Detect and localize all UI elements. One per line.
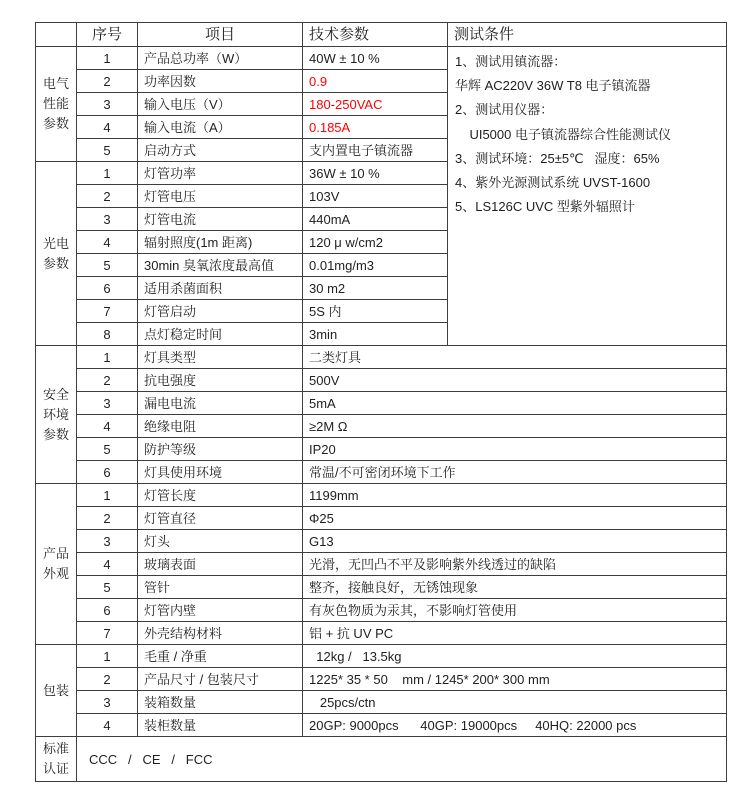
row-number-cell: 8: [77, 323, 138, 346]
row-number-cell: 3: [77, 530, 138, 553]
header-param: 技术参数: [303, 23, 448, 47]
row-number-cell: 4: [77, 116, 138, 139]
row-number-cell: 6: [77, 599, 138, 622]
value-cell: 36W ± 10 %: [303, 162, 448, 185]
item-cell: 漏电电流: [138, 392, 303, 415]
table-row: 2 灯管直径 Φ25: [36, 507, 727, 530]
value-cell: 5S 内: [303, 300, 448, 323]
row-number-cell: 5: [77, 254, 138, 277]
item-cell: 抗电强度: [138, 369, 303, 392]
category-cell-appearance: 产品 外观: [36, 484, 77, 645]
value-cell: 1225* 35 * 50 mm / 1245* 200* 300 mm: [303, 668, 727, 691]
row-number-cell: 6: [77, 461, 138, 484]
value-cell: 常温/不可密闭环境下工作: [303, 461, 727, 484]
table-row: 6 灯具使用环境 常温/不可密闭环境下工作: [36, 461, 727, 484]
row-number-cell: 1: [77, 162, 138, 185]
table-row: 产品 外观 1 灯管长度 1199mm: [36, 484, 727, 507]
item-cell: 灯管电流: [138, 208, 303, 231]
table-row: 电气 性能 参数 1 产品总功率（W） 40W ± 10 % 1、测试用镇流器：…: [36, 47, 727, 70]
item-cell: 灯具类型: [138, 346, 303, 369]
category-cell-packaging: 包装: [36, 645, 77, 737]
item-cell: 辐射照度(1m 距离): [138, 231, 303, 254]
spec-sheet: 序号 项目 技术参数 测试条件 电气 性能 参数 1 产品总功率（W） 40W …: [0, 0, 750, 808]
item-cell: 点灯稳定时间: [138, 323, 303, 346]
value-cell: 12kg / 13.5kg: [303, 645, 727, 668]
value-cell: 光滑，无凹凸不平及影响紫外线透过的缺陷: [303, 553, 727, 576]
value-cell: 3min: [303, 323, 448, 346]
row-number-cell: 4: [77, 553, 138, 576]
item-cell: 输入电压（V）: [138, 93, 303, 116]
spec-table: 序号 项目 技术参数 测试条件 电气 性能 参数 1 产品总功率（W） 40W …: [35, 22, 727, 782]
value-cell: 103V: [303, 185, 448, 208]
item-cell: 灯管启动: [138, 300, 303, 323]
header-item: 项目: [138, 23, 303, 47]
value-cell: 二类灯具: [303, 346, 727, 369]
header-row: 序号 项目 技术参数 测试条件: [36, 23, 727, 47]
row-number-cell: 2: [77, 185, 138, 208]
row-number-cell: 1: [77, 484, 138, 507]
row-number-cell: 7: [77, 300, 138, 323]
row-number-cell: 3: [77, 93, 138, 116]
row-number-cell: 3: [77, 208, 138, 231]
table-row: 4 玻璃表面 光滑，无凹凸不平及影响紫外线透过的缺陷: [36, 553, 727, 576]
value-cell: 铝 + 抗 UV PC: [303, 622, 727, 645]
row-number-cell: 4: [77, 415, 138, 438]
table-row: 5 管针 整齐，接触良好，无锈蚀现象: [36, 576, 727, 599]
item-cell: 绝缘电阻: [138, 415, 303, 438]
item-cell: 管针: [138, 576, 303, 599]
table-row: 安全 环境 参数 1 灯具类型 二类灯具: [36, 346, 727, 369]
item-cell: 启动方式: [138, 139, 303, 162]
header-category-cell: [36, 23, 77, 47]
item-cell: 产品总功率（W）: [138, 47, 303, 70]
category-cell-electrical: 电气 性能 参数: [36, 47, 77, 162]
table-row: 4 装柜数量 20GP: 9000pcs 40GP: 19000pcs 40HQ…: [36, 714, 727, 737]
table-row: 5 防护等级 IP20: [36, 438, 727, 461]
item-cell: 适用杀菌面积: [138, 277, 303, 300]
item-cell: 防护等级: [138, 438, 303, 461]
category-cell-safety: 安全 环境 参数: [36, 346, 77, 484]
value-cell: 有灰色物质为汞其，不影响灯管使用: [303, 599, 727, 622]
value-cell: 0.9: [303, 70, 448, 93]
row-number-cell: 1: [77, 346, 138, 369]
item-cell: 装箱数量: [138, 691, 303, 714]
row-number-cell: 5: [77, 438, 138, 461]
row-number-cell: 4: [77, 231, 138, 254]
value-cell: 20GP: 9000pcs 40GP: 19000pcs 40HQ: 22000…: [303, 714, 727, 737]
value-cell: 0.185A: [303, 116, 448, 139]
table-row: 包装 1 毛重 / 净重 12kg / 13.5kg: [36, 645, 727, 668]
item-cell: 玻璃表面: [138, 553, 303, 576]
row-number-cell: 6: [77, 277, 138, 300]
value-cell: 180-250VAC: [303, 93, 448, 116]
row-number-cell: 7: [77, 622, 138, 645]
table-row: 3 灯头 G13: [36, 530, 727, 553]
item-cell: 灯管电压: [138, 185, 303, 208]
row-number-cell: 3: [77, 691, 138, 714]
item-cell: 灯管长度: [138, 484, 303, 507]
row-number-cell: 2: [77, 668, 138, 691]
value-cell: 40W ± 10 %: [303, 47, 448, 70]
item-cell: 装柜数量: [138, 714, 303, 737]
item-cell: 功率因数: [138, 70, 303, 93]
value-cell: 30 m2: [303, 277, 448, 300]
row-number-cell: 1: [77, 47, 138, 70]
value-cell: G13: [303, 530, 727, 553]
item-cell: 灯具使用环境: [138, 461, 303, 484]
row-number-cell: 2: [77, 507, 138, 530]
item-cell: 30min 臭氧浓度最高值: [138, 254, 303, 277]
row-number-cell: 2: [77, 369, 138, 392]
item-cell: 灯管功率: [138, 162, 303, 185]
value-cell: 440mA: [303, 208, 448, 231]
value-cell: 500V: [303, 369, 727, 392]
value-cell: Φ25: [303, 507, 727, 530]
table-row: 7 外壳结构材料 铝 + 抗 UV PC: [36, 622, 727, 645]
test-conditions-cell: 1、测试用镇流器： 华辉 AC220V 36W T8 电子镇流器 2、测试用仪器…: [448, 47, 727, 346]
value-cell: IP20: [303, 438, 727, 461]
row-number-cell: 4: [77, 714, 138, 737]
item-cell: 输入电流（A）: [138, 116, 303, 139]
table-row: 2 产品尺寸 / 包装尺寸 1225* 35 * 50 mm / 1245* 2…: [36, 668, 727, 691]
value-cell: 1199mm: [303, 484, 727, 507]
table-row: 2 抗电强度 500V: [36, 369, 727, 392]
row-number-cell: 2: [77, 70, 138, 93]
certification-value-cell: CCC / CE / FCC: [77, 737, 727, 782]
item-cell: 灯头: [138, 530, 303, 553]
value-cell: 整齐，接触良好，无锈蚀现象: [303, 576, 727, 599]
header-condition: 测试条件: [448, 23, 727, 47]
value-cell: 5mA: [303, 392, 727, 415]
value-cell: 支内置电子镇流器: [303, 139, 448, 162]
item-cell: 毛重 / 净重: [138, 645, 303, 668]
item-cell: 灯管内壁: [138, 599, 303, 622]
table-row: 4 绝缘电阻 ≥2M Ω: [36, 415, 727, 438]
item-cell: 产品尺寸 / 包装尺寸: [138, 668, 303, 691]
row-number-cell: 1: [77, 645, 138, 668]
table-row: 标准 认证 CCC / CE / FCC: [36, 737, 727, 782]
value-cell: 0.01mg/m3: [303, 254, 448, 277]
category-cell-photoelectric: 光电 参数: [36, 162, 77, 346]
table-row: 3 漏电电流 5mA: [36, 392, 727, 415]
value-cell: ≥2M Ω: [303, 415, 727, 438]
header-seq: 序号: [77, 23, 138, 47]
value-cell: 120 μ w/cm2: [303, 231, 448, 254]
table-row: 3 装箱数量 25pcs/ctn: [36, 691, 727, 714]
category-cell-certification: 标准 认证: [36, 737, 77, 782]
row-number-cell: 3: [77, 392, 138, 415]
table-row: 6 灯管内壁 有灰色物质为汞其，不影响灯管使用: [36, 599, 727, 622]
item-cell: 外壳结构材料: [138, 622, 303, 645]
row-number-cell: 5: [77, 139, 138, 162]
value-cell: 25pcs/ctn: [303, 691, 727, 714]
item-cell: 灯管直径: [138, 507, 303, 530]
row-number-cell: 5: [77, 576, 138, 599]
